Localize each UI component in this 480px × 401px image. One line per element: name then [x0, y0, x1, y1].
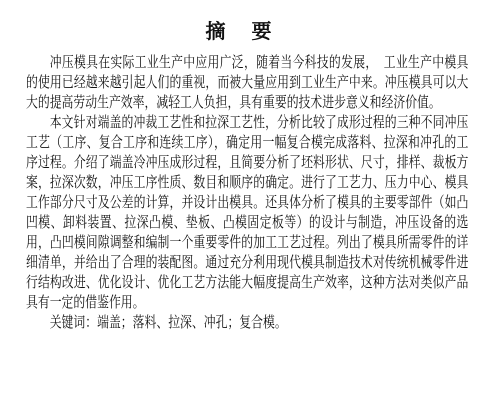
- keywords-line: 关键词：端盖；落料、拉深、冲孔；复合模。: [26, 313, 468, 333]
- abstract-body: 冲压模具在实际工业生产中应用广泛，随着当今科技的发展， 工业生产中模具的使用已经…: [26, 53, 468, 333]
- abstract-page: 摘 要 冲压模具在实际工业生产中应用广泛，随着当今科技的发展， 工业生产中模具的…: [0, 0, 480, 401]
- abstract-paragraph-main: 本文针对端盖的冲裁工艺性和拉深工艺性，分析比较了成形过程的三种不同冲压工艺（工序…: [26, 113, 468, 313]
- abstract-title: 摘 要: [0, 15, 480, 44]
- abstract-paragraph-intro: 冲压模具在实际工业生产中应用广泛，随着当今科技的发展， 工业生产中模具的使用已经…: [26, 53, 468, 113]
